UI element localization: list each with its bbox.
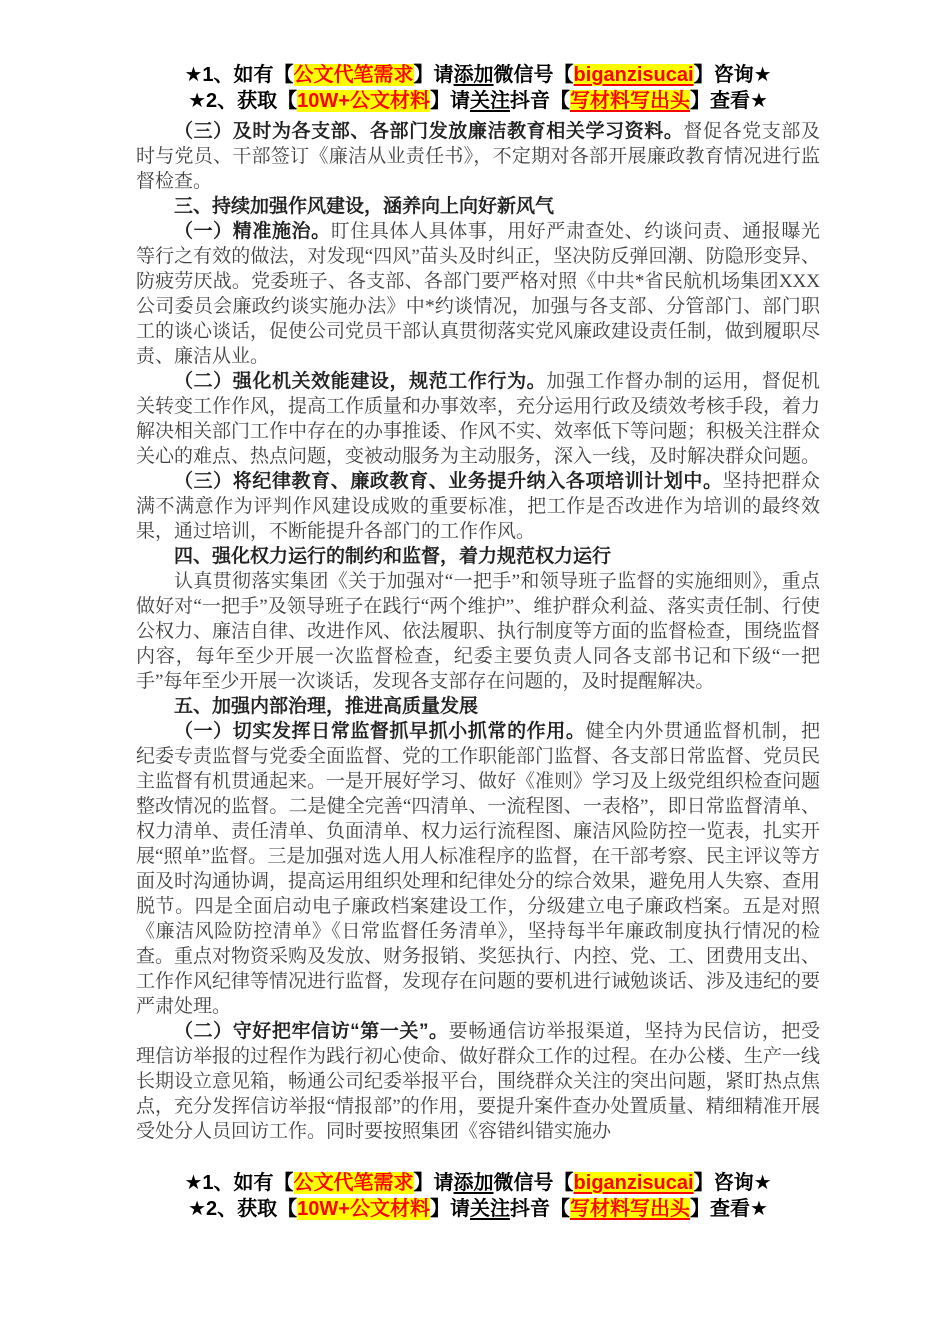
paragraph: （二）强化机关效能建设，规范工作行为。加强工作督办制的运用，督促机关转变工作作风… xyxy=(136,369,820,469)
paragraph-text: 盯住具体人具体事，用好严肃查处、约谈问责、通报曝光等行之有效的做法，对发现“四风… xyxy=(136,221,820,367)
underlined-action: 添加 xyxy=(454,1172,494,1194)
promo-text: 】请 xyxy=(414,64,454,86)
paragraph-lead: （二）强化机关效能建设，规范工作行为。 xyxy=(174,371,546,392)
paragraph: （三）及时为各支部、各部门发放廉洁教育相关学习资料。督促各党支部及时与党员、干部… xyxy=(136,119,820,194)
underlined-action: 关注 xyxy=(470,1198,510,1220)
highlighted-wechat-id: biganzisucai xyxy=(574,1172,694,1194)
highlighted-keyword: 公文代笔需求 xyxy=(294,64,414,86)
paragraph-lead: （二）守好把牢信访“第一关”。 xyxy=(174,1021,449,1042)
paragraph-lead: （一）切实发挥日常监督抓早抓小抓常的作用。 xyxy=(174,721,585,742)
paragraph: （一）精准施治。盯住具体人具体事，用好严肃查处、约谈问责、通报曝光等行之有效的做… xyxy=(136,219,820,369)
promo-text: ★1、如有【 xyxy=(184,1172,293,1194)
highlighted-keyword: 10W+公文材料 xyxy=(297,90,430,112)
promo-text: 】咨询★ xyxy=(694,1172,772,1194)
section-heading: 三、持续加强作风建设，涵养向上向好新风气 xyxy=(136,194,820,219)
paragraph-text: 健全内外贯通监督机制，把纪委专责监督与党委全面监督、党的工作职能部门监督、各支部… xyxy=(136,721,820,1017)
highlighted-wechat-id: biganzisucai xyxy=(574,64,694,86)
section-heading: 五、加强内部治理，推进高质量发展 xyxy=(136,694,820,719)
highlighted-keyword: 公文代笔需求 xyxy=(294,1172,414,1194)
promo-text: 微信号【 xyxy=(494,1172,574,1194)
paragraph: 认真贯彻落实集团《关于加强对“一把手”和领导班子监督的实施细则》，重点做好对“一… xyxy=(136,569,820,694)
underlined-action: 关注 xyxy=(470,90,510,112)
promo-text: 】请 xyxy=(414,1172,454,1194)
paragraph-lead: （三）及时为各支部、各部门发放廉洁教育相关学习资料。 xyxy=(174,121,683,142)
promo-text: ★2、获取【 xyxy=(188,90,297,112)
underlined-action: 添加 xyxy=(454,64,494,86)
paragraph: （一）切实发挥日常监督抓早抓小抓常的作用。健全内外贯通监督机制，把纪委专责监督与… xyxy=(136,719,820,1019)
promo-text: 微信号【 xyxy=(494,64,574,86)
promo-banner-top: ★1、如有【公文代笔需求】请添加微信号【biganzisucai】咨询★ ★2、… xyxy=(136,62,820,114)
promo-line-2: ★2、获取【10W+公文材料】请关注抖音【写材料写出头】查看★ xyxy=(136,1196,820,1222)
document-body: （三）及时为各支部、各部门发放廉洁教育相关学习资料。督促各党支部及时与党员、干部… xyxy=(136,119,820,1144)
promo-text: 】请 xyxy=(430,1198,470,1220)
promo-text: ★2、获取【 xyxy=(188,1198,297,1220)
highlighted-douyin-account: 写材料写出头 xyxy=(570,90,690,112)
highlighted-keyword: 10W+公文材料 xyxy=(297,1198,430,1220)
promo-line-2: ★2、获取【10W+公文材料】请关注抖音【写材料写出头】查看★ xyxy=(136,88,820,114)
paragraph-lead: （一）精准施治。 xyxy=(174,221,331,242)
promo-text: 抖音【 xyxy=(510,90,570,112)
promo-text: 】查看★ xyxy=(690,90,768,112)
promo-line-1: ★1、如有【公文代笔需求】请添加微信号【biganzisucai】咨询★ xyxy=(136,1170,820,1196)
promo-banner-bottom: ★1、如有【公文代笔需求】请添加微信号【biganzisucai】咨询★ ★2、… xyxy=(136,1170,820,1222)
promo-text: 】咨询★ xyxy=(694,64,772,86)
promo-text: 抖音【 xyxy=(510,1198,570,1220)
promo-text: ★1、如有【 xyxy=(184,64,293,86)
paragraph-lead: （三）将纪律教育、廉政教育、业务提升纳入各项培训计划中。 xyxy=(174,471,723,492)
document-page: ★1、如有【公文代笔需求】请添加微信号【biganzisucai】咨询★ ★2、… xyxy=(0,0,950,1344)
paragraph: （三）将纪律教育、廉政教育、业务提升纳入各项培训计划中。坚持把群众满不满意作为评… xyxy=(136,469,820,544)
paragraph-text: 认真贯彻落实集团《关于加强对“一把手”和领导班子监督的实施细则》，重点做好对“一… xyxy=(136,571,820,692)
highlighted-douyin-account: 写材料写出头 xyxy=(570,1198,690,1220)
promo-line-1: ★1、如有【公文代笔需求】请添加微信号【biganzisucai】咨询★ xyxy=(136,62,820,88)
paragraph: （二）守好把牢信访“第一关”。要畅通信访举报渠道，坚持为民信访，把受理信访举报的… xyxy=(136,1019,820,1144)
promo-text: 】查看★ xyxy=(690,1198,768,1220)
promo-text: 】请 xyxy=(430,90,470,112)
section-heading: 四、强化权力运行的制约和监督，着力规范权力运行 xyxy=(136,544,820,569)
